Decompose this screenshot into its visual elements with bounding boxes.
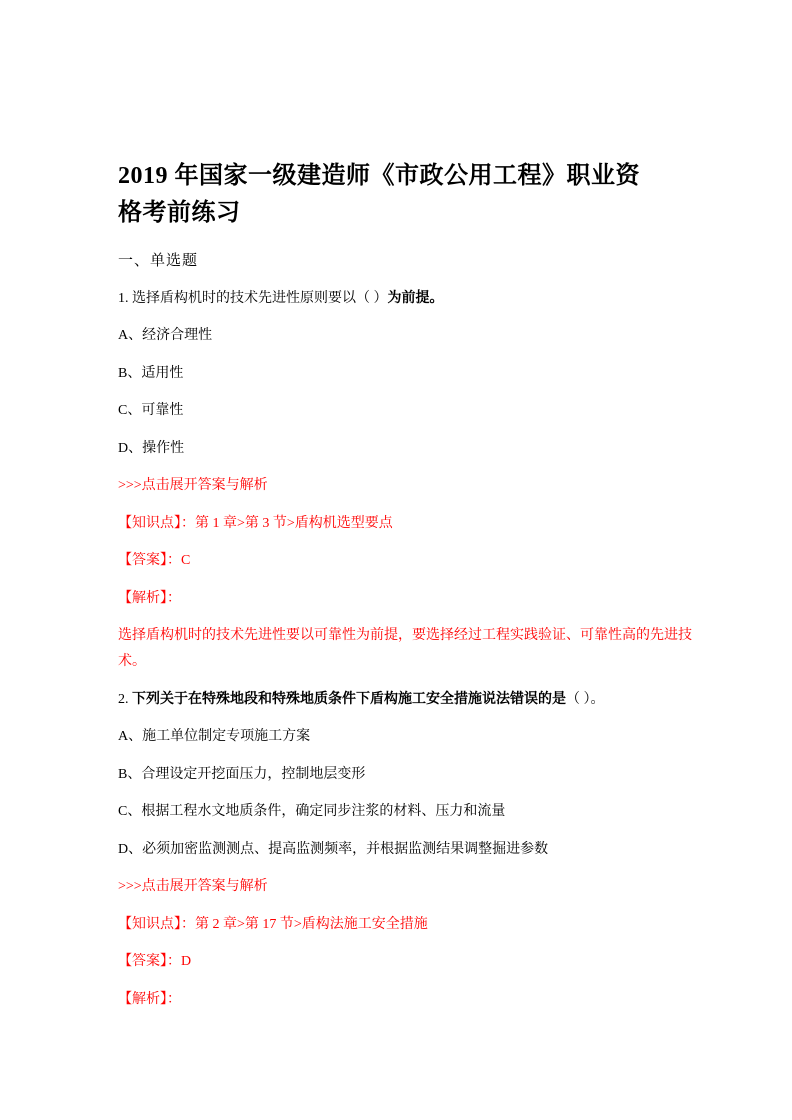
knowledge-point-value: 第 1 章>第 3 节>盾构机选型要点	[195, 516, 393, 531]
question-2-option-d: D、必须加密监测测点、提高监测频率，并根据监测结果调整掘进参数	[118, 837, 698, 863]
answer-value: C	[181, 553, 190, 568]
document-page: 2019 年国家一级建造师《市政公用工程》职业资格考前练习 一、单选题 1. 选…	[0, 0, 792, 1120]
question-2-number: 2.	[118, 692, 132, 707]
question-1-expand-answer-link[interactable]: >>>点击展开答案与解析	[118, 473, 698, 499]
question-2-stem-bold: 下列关于在特殊地段和特殊地质条件下盾构施工安全措施说法错误的是	[132, 692, 566, 707]
question-1-analysis-label: 【解析】：	[118, 586, 698, 612]
question-1-option-b: B、适用性	[118, 361, 698, 387]
question-2-analysis-label: 【解析】：	[118, 987, 698, 1013]
question-1-option-c: C、可靠性	[118, 398, 698, 424]
question-1-analysis-text: 选择盾构机时的技术先进性要以可靠性为前提，要选择经过工程实践验证、可靠性高的先进…	[118, 623, 698, 675]
section-heading: 一、单选题	[118, 248, 698, 274]
question-1-knowledge-line: 【知识点】：第 1 章>第 3 节>盾构机选型要点	[118, 511, 698, 537]
question-2-option-a: A、施工单位制定专项施工方案	[118, 724, 698, 750]
question-1-stem-pre: 选择盾构机时的技术先进性原则要以（ ）	[132, 291, 388, 306]
question-2-stem: 2. 下列关于在特殊地段和特殊地质条件下盾构施工安全措施说法错误的是（ ）。	[118, 687, 698, 713]
question-block-2: 2. 下列关于在特殊地段和特殊地质条件下盾构施工安全措施说法错误的是（ ）。 A…	[118, 687, 698, 1013]
question-2-option-b: B、合理设定开挖面压力，控制地层变形	[118, 762, 698, 788]
question-1-option-a: A、经济合理性	[118, 323, 698, 349]
question-2-option-c: C、根据工程水文地质条件，确定同步注浆的材料、压力和流量	[118, 799, 698, 825]
question-block-1: 1. 选择盾构机时的技术先进性原则要以（ ）为前提。 A、经济合理性 B、适用性…	[118, 286, 698, 676]
question-1-stem: 1. 选择盾构机时的技术先进性原则要以（ ）为前提。	[118, 286, 698, 312]
knowledge-point-label: 【知识点】：	[118, 917, 195, 932]
document-content: 2019 年国家一级建造师《市政公用工程》职业资格考前练习 一、单选题 1. 选…	[118, 158, 698, 1013]
question-2-stem-post: （ ）。	[566, 692, 605, 707]
question-2-answer-line: 【答案】：D	[118, 949, 698, 975]
question-2-expand-answer-link[interactable]: >>>点击展开答案与解析	[118, 874, 698, 900]
question-1-number: 1.	[118, 291, 132, 306]
answer-value: D	[181, 954, 191, 969]
answer-label: 【答案】：	[118, 954, 181, 969]
knowledge-point-label: 【知识点】：	[118, 516, 195, 531]
question-1-option-d: D、操作性	[118, 436, 698, 462]
question-2-knowledge-line: 【知识点】：第 2 章>第 17 节>盾构法施工安全措施	[118, 912, 698, 938]
page-title: 2019 年国家一级建造师《市政公用工程》职业资格考前练习	[118, 158, 648, 232]
question-1-stem-bold: 为前提。	[388, 291, 444, 306]
question-1-answer-line: 【答案】：C	[118, 548, 698, 574]
knowledge-point-value: 第 2 章>第 17 节>盾构法施工安全措施	[195, 917, 428, 932]
answer-label: 【答案】：	[118, 553, 181, 568]
